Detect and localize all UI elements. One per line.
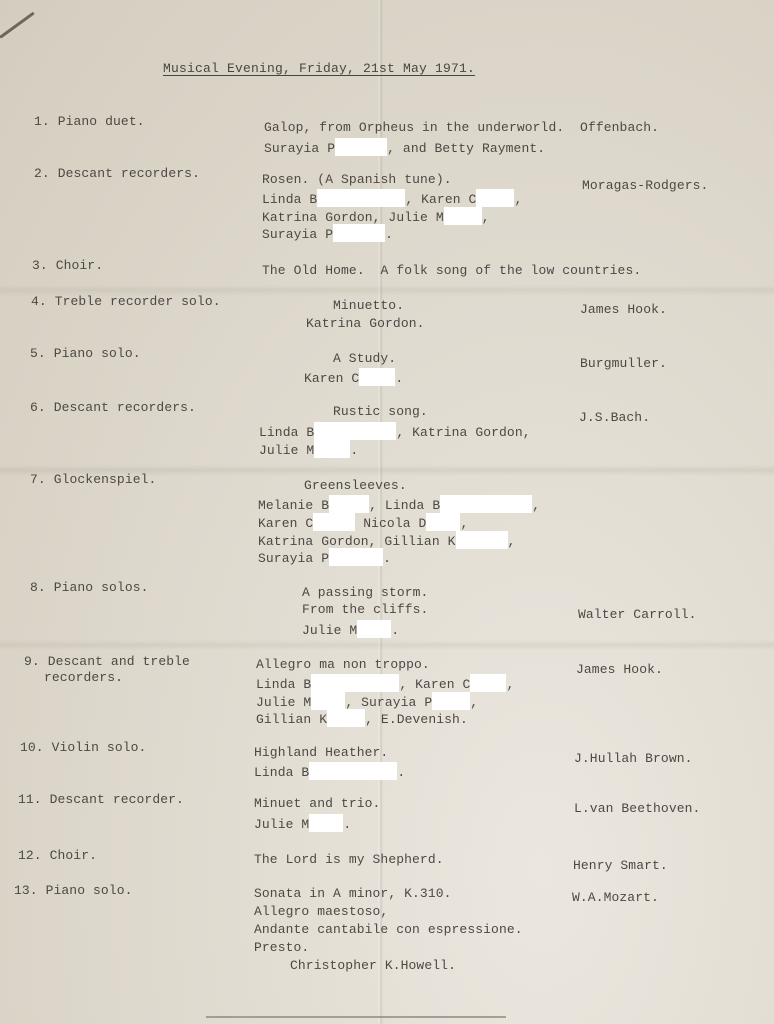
- item-2-performers-line-2: Katrina Gordon, Julie M,: [262, 207, 490, 225]
- item-4-composer: James Hook.: [580, 302, 667, 317]
- item-3-instrument: 3. Choir.: [32, 258, 103, 273]
- redaction-box: [327, 709, 365, 727]
- redaction-box: [309, 814, 343, 832]
- redaction-box: [432, 692, 470, 710]
- item-8-piece-1: A passing storm.: [302, 585, 428, 600]
- redaction-box: [311, 674, 399, 692]
- page-title: Musical Evening, Friday, 21st May 1971.: [163, 61, 475, 76]
- performer-text: Julie M: [259, 443, 314, 458]
- performer-text: ,: [482, 210, 490, 225]
- item-13-movement-3: Presto.: [254, 940, 309, 955]
- item-5-instrument: 5. Piano solo.: [30, 346, 141, 361]
- item-10-piece: Highland Heather.: [254, 745, 388, 760]
- performer-text: Gillian K: [256, 712, 327, 727]
- performer-text: .: [397, 765, 405, 780]
- item-9-performers-line-2: Julie M, Surayia P,: [256, 692, 478, 710]
- item-2-performers-line-3: Surayia P.: [262, 224, 393, 242]
- item-7-performers-line-3: Katrina Gordon, Gillian K,: [258, 531, 515, 549]
- item-5-composer: Burgmuller.: [580, 356, 667, 371]
- item-5-performer: Karen C.: [304, 368, 403, 386]
- performer-text: Katrina Gordon, Julie M: [262, 210, 444, 225]
- performer-text: Surayia P: [258, 551, 329, 566]
- performer-text: ,: [460, 516, 468, 531]
- item-6-instrument: 6. Descant recorders.: [30, 400, 196, 415]
- item-13-composer: W.A.Mozart.: [572, 890, 659, 905]
- item-7-performers-line-2: Karen C Nicola D,: [258, 513, 468, 531]
- item-9-performers-line-3: Gillian K, E.Devenish.: [256, 709, 468, 727]
- performer-text: Linda B: [256, 677, 311, 692]
- performer-text: Julie M: [254, 817, 309, 832]
- performer-text: , Linda B: [369, 498, 440, 513]
- redaction-box: [309, 762, 397, 780]
- redaction-box: [333, 224, 385, 242]
- item-12-instrument: 12. Choir.: [18, 848, 97, 863]
- item-2-performers-line-1: Linda B, Karen C,: [262, 189, 522, 207]
- performer-text: .: [343, 817, 351, 832]
- item-4-performer: Katrina Gordon.: [306, 316, 425, 331]
- item-9-composer: James Hook.: [576, 662, 663, 677]
- item-13-performer: Christopher K.Howell.: [290, 958, 456, 973]
- redaction-box: [357, 620, 391, 638]
- item-5-piece: A Study.: [333, 351, 396, 366]
- redaction-box: [470, 674, 506, 692]
- item-2-instrument: 2. Descant recorders.: [34, 166, 200, 181]
- item-6-composer: J.S.Bach.: [579, 410, 650, 425]
- performer-text: .: [391, 623, 399, 638]
- item-11-composer: L.van Beethoven.: [574, 801, 700, 816]
- redaction-box: [476, 189, 514, 207]
- performer-text: , Katrina Gordon,: [396, 425, 530, 440]
- item-8-piece-2: From the cliffs.: [302, 602, 428, 617]
- performer-text: .: [395, 371, 403, 386]
- performer-text: , and Betty Rayment.: [387, 141, 545, 156]
- bottom-divider: [206, 1016, 506, 1018]
- item-8-instrument: 8. Piano solos.: [30, 580, 149, 595]
- item-9-piece: Allegro ma non troppo.: [256, 657, 430, 672]
- item-6-performers-line-2: Julie M.: [259, 440, 358, 458]
- performer-text: ,: [532, 498, 540, 513]
- performer-text: , Surayia P: [345, 695, 432, 710]
- performer-text: Linda B: [259, 425, 314, 440]
- item-7-performers-line-1: Melanie B, Linda B,: [258, 495, 540, 513]
- performer-text: Julie M: [302, 623, 357, 638]
- performer-text: .: [385, 227, 393, 242]
- redaction-box: [317, 189, 405, 207]
- item-13-instrument: 13. Piano solo.: [14, 883, 133, 898]
- item-6-performers-line-1: Linda B, Katrina Gordon,: [259, 422, 531, 440]
- performer-text: ,: [514, 192, 522, 207]
- performer-text: ,: [470, 695, 478, 710]
- redaction-box: [313, 513, 355, 531]
- item-12-composer: Henry Smart.: [573, 858, 668, 873]
- item-7-piece: Greensleeves.: [304, 478, 407, 493]
- item-4-instrument: 4. Treble recorder solo.: [31, 294, 221, 309]
- item-4-piece: Minuetto.: [333, 298, 404, 313]
- item-10-composer: J.Hullah Brown.: [574, 751, 693, 766]
- item-8-composer: Walter Carroll.: [578, 607, 697, 622]
- redaction-box: [314, 440, 350, 458]
- redaction-box: [314, 422, 396, 440]
- item-9-instrument-line-2: recorders.: [44, 670, 123, 685]
- redaction-box: [335, 138, 387, 156]
- performer-text: Linda B: [254, 765, 309, 780]
- item-13-movement-2: Andante cantabile con espressione.: [254, 922, 523, 937]
- performer-text: Surayia P: [264, 141, 335, 156]
- item-10-performer: Linda B.: [254, 762, 405, 780]
- item-9-performers-line-1: Linda B, Karen C,: [256, 674, 514, 692]
- item-1-performers: Surayia P, and Betty Rayment.: [264, 138, 545, 156]
- item-11-performer: Julie M.: [254, 814, 351, 832]
- redaction-box: [329, 495, 369, 513]
- performer-text: , Karen C: [405, 192, 476, 207]
- performer-text: .: [383, 551, 391, 566]
- redaction-box: [440, 495, 532, 513]
- item-9-instrument-line-1: 9. Descant and treble: [24, 654, 190, 669]
- item-13-movement-1: Allegro maestoso,: [254, 904, 388, 919]
- performer-text: , E.Devenish.: [365, 712, 468, 727]
- performer-text: , Karen C: [399, 677, 470, 692]
- item-7-instrument: 7. Glockenspiel.: [30, 472, 156, 487]
- item-6-piece: Rustic song.: [333, 404, 428, 419]
- performer-text: Nicola D: [355, 516, 426, 531]
- item-2-piece: Rosen. (A Spanish tune).: [262, 172, 452, 187]
- item-3-piece: The Old Home. A folk song of the low cou…: [262, 263, 641, 278]
- performer-text: ,: [506, 677, 514, 692]
- item-11-piece: Minuet and trio.: [254, 796, 380, 811]
- redaction-box: [311, 692, 345, 710]
- item-8-performer: Julie M.: [302, 620, 399, 638]
- performer-text: Karen C: [304, 371, 359, 386]
- redaction-box: [329, 548, 383, 566]
- performer-text: Karen C: [258, 516, 313, 531]
- performer-text: Katrina Gordon, Gillian K: [258, 534, 456, 549]
- redaction-box: [359, 368, 395, 386]
- item-11-instrument: 11. Descant recorder.: [18, 792, 184, 807]
- performer-text: .: [350, 443, 358, 458]
- performer-text: Melanie B: [258, 498, 329, 513]
- redaction-box: [426, 513, 460, 531]
- performer-text: Julie M: [256, 695, 311, 710]
- redaction-box: [444, 207, 482, 225]
- item-1-instrument: 1. Piano duet.: [34, 114, 145, 129]
- item-10-instrument: 10. Violin solo.: [20, 740, 146, 755]
- item-1-piece: Galop, from Orpheus in the underworld. O…: [264, 120, 659, 135]
- performer-text: Surayia P: [262, 227, 333, 242]
- item-2-composer: Moragas-Rodgers.: [582, 178, 708, 193]
- performer-text: ,: [508, 534, 516, 549]
- performer-text: Linda B: [262, 192, 317, 207]
- redaction-box: [456, 531, 508, 549]
- item-13-piece: Sonata in A minor, K.310.: [254, 886, 452, 901]
- item-12-piece: The Lord is my Shepherd.: [254, 852, 444, 867]
- item-7-performers-line-4: Surayia P.: [258, 548, 391, 566]
